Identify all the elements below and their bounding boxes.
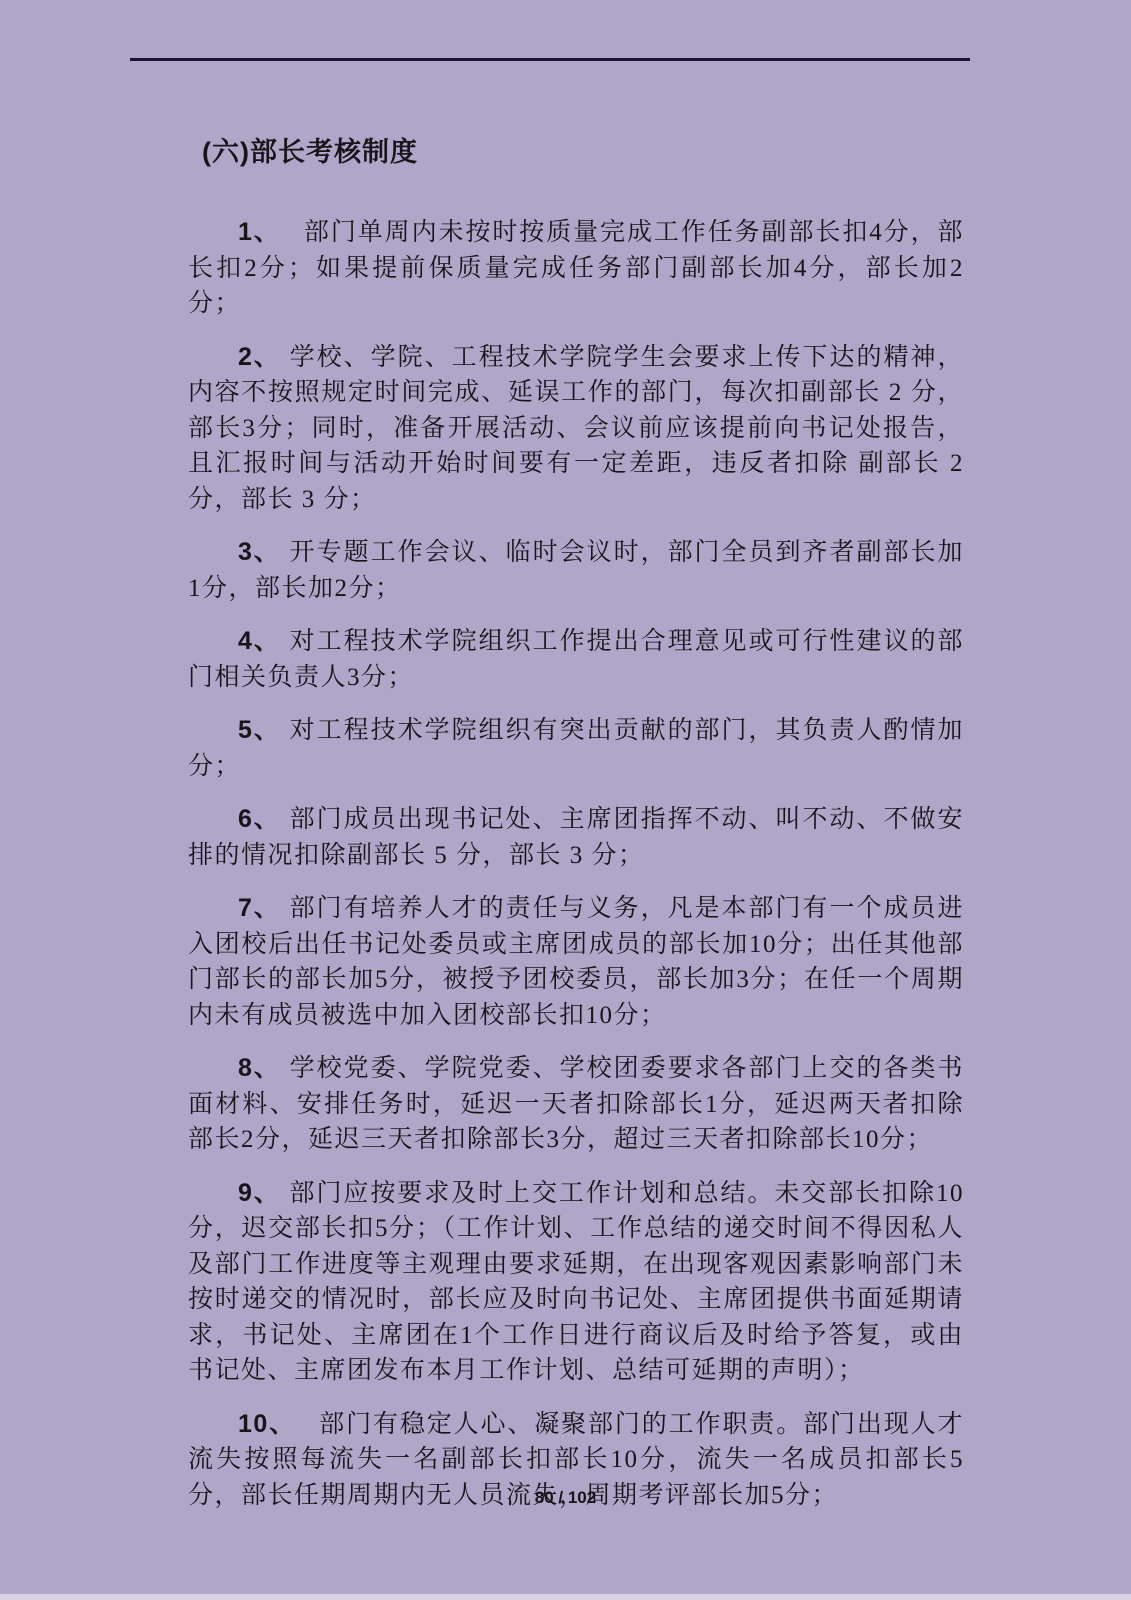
item-text: 部门单周内未按时按质量完成工作任务副部长扣4分，部长扣2分；如果提前保质量完成任… <box>188 219 964 317</box>
rule-item: 1、 部门单周内未按时按质量完成工作任务副部长扣4分，部长扣2分；如果提前保质量… <box>188 215 964 322</box>
section-title: (六)部长考核制度 <box>202 130 964 169</box>
item-number: 6、 <box>238 805 281 833</box>
item-number: 7、 <box>238 894 281 922</box>
rule-item: 3、开专题工作会议、临时会议时，部门全员到齐者副部长加1分，部长加2分； <box>188 535 964 606</box>
document-body: (六)部长考核制度 1、 部门单周内未按时按质量完成工作任务副部长扣4分，部长扣… <box>188 130 964 1531</box>
rule-item: 8、学校党委、学院党委、学校团委要求各部门上交的各类书面材料、安排任务时，延迟一… <box>188 1051 964 1158</box>
item-text: 部门成员出现书记处、主席团指挥不动、叫不动、不做安排的情况扣除副部长 5 分，部… <box>188 806 964 869</box>
rule-item: 7、部门有培养人才的责任与义务，凡是本部门有一个成员进入团校后出任书记处委员或主… <box>188 891 964 1033</box>
header-divider-line <box>130 58 970 61</box>
item-text: 对工程技术学院组织有突出贡献的部门，其负责人酌情加分； <box>188 717 964 780</box>
item-text: 学校、学院、工程技术学院学生会要求上传下达的精神，内容不按照规定时间完成、延误工… <box>188 344 964 513</box>
item-number: 10、 <box>238 1410 310 1438</box>
item-text: 部门有培养人才的责任与义务，凡是本部门有一个成员进入团校后出任书记处委员或主席团… <box>188 895 964 1029</box>
document-page: (六)部长考核制度 1、 部门单周内未按时按质量完成工作任务副部长扣4分，部长扣… <box>0 0 1131 1600</box>
item-text: 学校党委、学院党委、学校团委要求各部门上交的各类书面材料、安排任务时，延迟一天者… <box>188 1055 964 1153</box>
rule-item: 9、部门应按要求及时上交工作计划和总结。未交部长扣除10分，迟交部长扣5分；（工… <box>188 1176 964 1389</box>
item-number: 9、 <box>238 1179 281 1207</box>
item-text: 开专题工作会议、临时会议时，部门全员到齐者副部长加1分，部长加2分； <box>188 539 964 602</box>
item-number: 5、 <box>238 716 281 744</box>
item-number: 3、 <box>238 538 281 566</box>
item-number: 2、 <box>238 343 281 371</box>
item-text: 对工程技术学院组织工作提出合理意见或可行性建议的部门相关负责人3分； <box>188 628 964 691</box>
page-number-indicator: 80 / 102 <box>0 1488 1131 1508</box>
page-bottom-edge <box>0 1594 1131 1600</box>
item-number: 8、 <box>238 1054 281 1082</box>
rule-item: 2、学校、学院、工程技术学院学生会要求上传下达的精神，内容不按照规定时间完成、延… <box>188 340 964 518</box>
item-text: 部门应按要求及时上交工作计划和总结。未交部长扣除10分，迟交部长扣5分；（工作计… <box>188 1180 964 1385</box>
item-number: 1、 <box>238 218 295 246</box>
rule-item: 4、对工程技术学院组织工作提出合理意见或可行性建议的部门相关负责人3分； <box>188 624 964 695</box>
item-number: 4、 <box>238 627 281 655</box>
rule-item: 6、部门成员出现书记处、主席团指挥不动、叫不动、不做安排的情况扣除副部长 5 分… <box>188 802 964 873</box>
rule-item: 5、对工程技术学院组织有突出贡献的部门，其负责人酌情加分； <box>188 713 964 784</box>
rule-item-list: 1、 部门单周内未按时按质量完成工作任务副部长扣4分，部长扣2分；如果提前保质量… <box>188 215 964 1513</box>
